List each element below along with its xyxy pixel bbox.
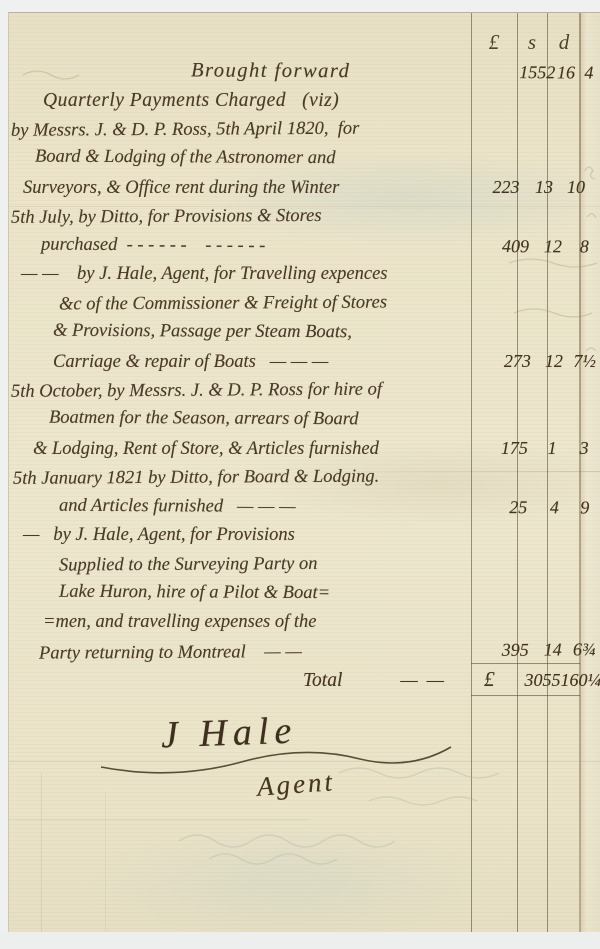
paper-crease: [9, 761, 600, 762]
ledger-row: — — by J. Hale, Agent, for Travelling ex…: [11, 260, 600, 289]
amount-pence: 3: [567, 434, 600, 463]
entry-text: & Lodging, Rent of Store, & Articles fur…: [11, 435, 491, 464]
entry-text: 5th January 1821 by Ditto, for Board & L…: [11, 462, 473, 494]
amount-pence: 4: [577, 58, 600, 87]
ledger-row: &c of the Commissioner & Freight of Stor…: [11, 287, 600, 320]
ledger-row: 5th July, by Ditto, for Provisions & Sto…: [11, 200, 600, 233]
total-dashes: — —: [400, 670, 446, 691]
entry-text: by Messrs. J. & D. P. Ross, 5th April 18…: [11, 114, 471, 146]
total-text: Total— —£: [11, 666, 525, 694]
entry-text: Lake Huron, hire of a Pilot & Boat=: [11, 577, 497, 609]
ledger-row: =men, and travelling expenses of the: [11, 608, 600, 637]
ledger-row: Supplied to the Surveying Party on: [11, 548, 600, 581]
total-rule-bottom: [471, 695, 580, 696]
scan-background: [0, 932, 600, 949]
faint-rule-line: [9, 819, 309, 820]
entry-text: purchased - - - - - - - - - - - -: [11, 230, 493, 262]
entry-text: — by J. Hale, Agent, for Provisions: [11, 521, 483, 550]
column-header-pounds: £: [471, 25, 517, 59]
faint-rule-line: [41, 773, 42, 933]
amount-shillings: 12: [539, 347, 568, 376]
ledger-row: Lake Huron, hire of a Pilot & Boat=: [11, 577, 600, 609]
amount-pounds: 25: [496, 493, 540, 522]
amount-pence: 8: [568, 232, 600, 261]
entry-text: Brought forward: [11, 55, 519, 87]
entry-text: and Articles furnished — — —: [11, 491, 497, 523]
entry-text: &c of the Commissioner & Freight of Stor…: [11, 288, 497, 320]
faint-rule-line: [105, 791, 106, 933]
total-row: Total— —£ 3055 16 0¼: [11, 666, 600, 693]
scan-background: [0, 0, 8, 949]
entry-text: & Provisions, Passage per Steam Boats,: [11, 316, 495, 348]
ledger-row: Carriage & repair of Boats — — —273127½: [11, 347, 600, 376]
entry-text: 5th October, by Messrs. J. & D. P. Ross …: [11, 375, 471, 407]
ledger-entries: Brought forward1552164 Quarterly Payment…: [11, 57, 600, 666]
ledger-row: 5th January 1821 by Ditto, for Board & L…: [11, 461, 600, 494]
column-header-shillings: s: [517, 25, 547, 59]
ledger-row: Surveyors, & Office rent during the Wint…: [11, 173, 600, 202]
ledger-row: & Lodging, Rent of Store, & Articles fur…: [11, 434, 600, 463]
amount-pounds: 395: [492, 636, 538, 665]
signature-title: Agent: [256, 766, 336, 802]
amount-pence: 10: [559, 173, 593, 202]
amount-pounds: 223: [483, 173, 529, 202]
amount-pounds: 409: [493, 232, 538, 261]
entry-text: — — by J. Hale, Agent, for Travelling ex…: [11, 260, 481, 289]
amount-pence: 7½: [568, 347, 600, 376]
amount-shillings: 14: [538, 635, 568, 664]
entry-text: Surveyors, & Office rent during the Wint…: [11, 174, 483, 203]
entry-text: =men, and travelling expenses of the: [11, 608, 493, 637]
ledger-page: £ s d Brought forward1552164 Quarterly P…: [8, 12, 600, 934]
amount-shillings: 12: [538, 232, 568, 261]
entry-text: Carriage & repair of Boats — — —: [11, 348, 495, 377]
amount-pounds: 175: [491, 434, 537, 463]
ledger-row: Board & Lodging of the Astronomer and: [11, 142, 600, 174]
amount-pounds: 1552: [519, 58, 555, 87]
ledger-row: Boatmen for the Season, arrears of Board: [11, 403, 600, 435]
entry-text: Party returning to Montreal — —: [11, 637, 493, 669]
scan-background: [0, 0, 600, 12]
amount-shillings: 4: [540, 493, 569, 522]
ledger-row: and Articles furnished — — —2549: [11, 490, 600, 522]
entry-text: Quarterly Payments Charged (viz): [11, 86, 493, 115]
signature-name: J Hale: [160, 709, 298, 758]
total-label: Total: [303, 670, 342, 691]
total-shillings: 16: [561, 667, 579, 694]
amount-pounds: 273: [495, 347, 539, 376]
amount-pence: 6¾: [567, 635, 600, 664]
entry-text: Supplied to the Surveying Party on: [11, 549, 497, 581]
ledger-row: & Provisions, Passage per Steam Boats,: [11, 316, 600, 348]
ledger-row: Quarterly Payments Charged (viz): [11, 86, 600, 115]
pound-sign: £: [484, 667, 495, 691]
amount-pence: 9: [569, 493, 600, 522]
ledger-row: — by J. Hale, Agent, for Provisions: [11, 521, 600, 550]
amount-shillings: 13: [529, 173, 559, 202]
ledger-row: 5th October, by Messrs. J. & D. P. Ross …: [11, 374, 600, 407]
amount-shillings: 1: [537, 434, 567, 463]
entry-text: 5th July, by Ditto, for Provisions & Sto…: [11, 201, 471, 233]
total-pounds: 3055: [525, 667, 561, 694]
ledger-row: by Messrs. J. & D. P. Ross, 5th April 18…: [11, 113, 600, 146]
entry-text: Board & Lodging of the Astronomer and: [11, 142, 492, 174]
entry-text: Boatmen for the Season, arrears of Board: [11, 403, 495, 435]
column-header-pence: d: [547, 25, 581, 59]
total-pence: 0¼: [579, 667, 600, 694]
ledger-row: Brought forward1552164: [11, 55, 600, 87]
amount-shillings: 16: [555, 58, 577, 87]
ledger-row: purchased - - - - - - - - - - - -409128: [11, 229, 600, 261]
total-rule-top: [471, 663, 580, 664]
